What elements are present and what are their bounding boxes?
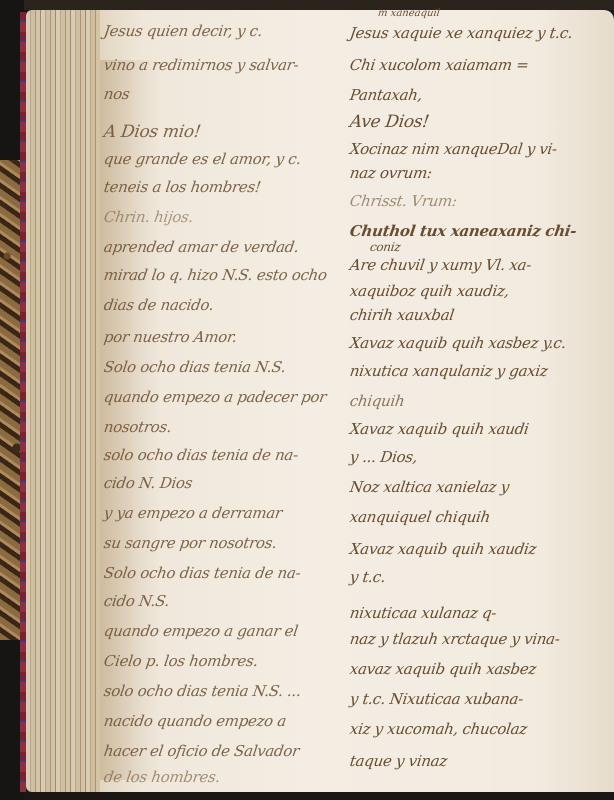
text-line: Xavaz xaquib quih xaudiz (349, 540, 538, 558)
text-line: Noz xaltica xanielaz y (349, 478, 511, 496)
text-line: Cielo p. los hombres. (103, 652, 259, 670)
text-line: nosotros. (103, 418, 173, 436)
text-line: cido N.S. (103, 592, 171, 610)
text-line: solo ocho dias tenia N.S. ... (103, 682, 302, 700)
text-line: Xavaz xaquib quih xaudi (349, 420, 530, 438)
text-line: chiquih (349, 392, 406, 410)
text-line: naz ovrum: (349, 164, 433, 182)
text-line: Are chuvil y xumy Vl. xa- (349, 256, 533, 274)
page-edge-stack (26, 10, 102, 792)
text-line: Solo ocho dias tenia de na- (103, 564, 302, 582)
text-line: xaquiboz quih xaudiz, (349, 282, 511, 300)
text-line: A Dios mio! (103, 122, 202, 142)
text-line: nos (103, 85, 131, 103)
text-line: nixuticaa xulanaz q- (349, 604, 498, 622)
text-line: teneis a los hombres! (103, 178, 262, 196)
top-background-strip (24, 0, 614, 10)
text-line: quando empezo a ganar el (103, 622, 299, 640)
text-line: que grande es el amor, y c. (103, 150, 302, 168)
text-line: vino a redimirnos y salvar- (103, 56, 300, 74)
text-line: chirih xauxbal (349, 306, 455, 324)
text-line: taque y vinaz (349, 752, 449, 770)
text-line: Ave Dios! (349, 112, 431, 132)
text-line: nacido quando empezo a (103, 712, 288, 730)
text-line: solo ocho dias tenia de na- (103, 446, 299, 464)
text-line: xiz y xucomah, chucolaz (349, 720, 529, 738)
text-line: Chuthol tux xaneaxaniz chi- (349, 222, 578, 240)
text-line: hacer el oficio de Salvador (103, 742, 301, 760)
text-line: naz y tlazuh xrctaque y vina- (349, 630, 561, 648)
interlinear-insertion: m xaneaquil (377, 8, 440, 19)
text-line: Chrin. hijos. (103, 208, 195, 226)
text-line: y ya empezo a derramar (103, 504, 283, 522)
text-line: Chrisst. Vrum: (349, 192, 458, 210)
text-line: aprended amar de verdad. (103, 238, 300, 256)
text-line: xanquiquel chiquih (349, 508, 492, 526)
text-line: y ... Dios, (349, 448, 419, 466)
text-line: Solo ocho dias tenia N.S. (103, 358, 287, 376)
text-line: su sangre por nosotros. (103, 534, 278, 552)
text-line: Xavaz xaquib quih xasbez y.c. (349, 334, 568, 352)
text-line: Xocinaz nim xanqueDal y vi- (349, 140, 558, 158)
text-line: xavaz xaquib quih xasbez (349, 660, 538, 678)
text-line: dias de nacido. (103, 296, 215, 314)
text-line: y t.c. (349, 568, 387, 586)
text-line: por nuestro Amor. (103, 328, 238, 346)
text-line: y t.c. Nixuticaa xubana- (349, 690, 525, 708)
text-line: Jesus quien decir, y c. (103, 22, 264, 40)
text-line: nixutica xanqulaniz y gaxiz (349, 362, 549, 380)
text-line: cido N. Dios (103, 474, 194, 492)
text-line: de los hombres. (103, 768, 222, 786)
text-line: mirad lo q. hizo N.S. esto ocho (103, 266, 328, 284)
text-line: Jesus xaquie xe xanquiez y t.c. (349, 24, 574, 42)
bottom-background-strip (24, 792, 614, 800)
text-line: Chi xucolom xaiamam = (349, 56, 530, 74)
text-line: quando empezo a padecer por (103, 388, 328, 406)
text-line: coniz (369, 240, 401, 254)
text-line: Pantaxah, (349, 86, 424, 104)
